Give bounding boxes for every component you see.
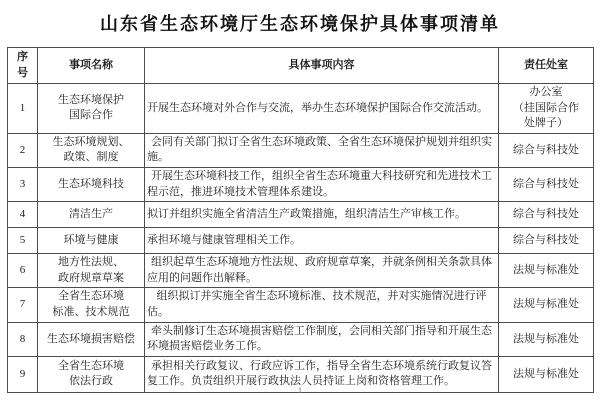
item-content-cell: 开展生态环境科技工作，组织全省生态环境重大科技研究和先进技术工程示范，推进环境技… <box>145 168 499 202</box>
responsible-office-cell: 办公室 （挂国际合作 处牌子） <box>499 84 594 134</box>
row-number-cell: 3 <box>8 168 38 202</box>
row-number-cell: 5 <box>8 228 38 254</box>
item-name-cell: 生态环境损害赔偿 <box>38 322 145 356</box>
row-number-cell: 2 <box>8 133 38 167</box>
item-content-cell: 承担环境与健康管理相关工作。 <box>145 228 499 254</box>
table-row: 3 生态环境科技 开展生态环境科技工作，组织全省生态环境重大科技研究和先进技术工… <box>8 168 594 202</box>
row-number-cell: 1 <box>8 84 38 134</box>
row-number-cell: 4 <box>8 202 38 228</box>
item-content-cell: 开展生态环境对外合作与交流，举办生态环境保护国际合作交流活动。 <box>145 84 499 134</box>
responsible-office-cell: 法规与标准处 <box>499 288 594 322</box>
page-number: 1 <box>0 386 600 395</box>
item-name-cell: 清洁生产 <box>38 202 145 228</box>
responsible-office-cell: 综合与科技处 <box>499 202 594 228</box>
item-name-cell: 环境与健康 <box>38 228 145 254</box>
row-number-cell: 8 <box>8 322 38 356</box>
matters-table: 序 号 事项名称 具体事项内容 责任处室 1 生态环境保护 国际合作 开展生态环… <box>7 47 594 393</box>
responsible-office-cell: 法规与标准处 <box>499 322 594 356</box>
table-header-row: 序 号 事项名称 具体事项内容 责任处室 <box>8 48 594 84</box>
table-row: 6 地方性法规、 政府规章草案 组织起草生态环境地方性法规、政府规章草案，并就条… <box>8 254 594 288</box>
item-content-cell: 组织起草生态环境地方性法规、政府规章草案，并就条例相关条款具体应用的问题作出解释… <box>145 254 499 288</box>
header-responsible-office: 责任处室 <box>499 48 594 84</box>
responsible-office-cell: 综合与科技处 <box>499 133 594 167</box>
responsible-office-cell: 法规与标准处 <box>499 254 594 288</box>
table-row: 4 清洁生产 拟订并组织实施全省清洁生产政策措施，组织清洁生产审核工作。 综合与… <box>8 202 594 228</box>
item-content-cell: 牵头制修订生态环境损害赔偿工作制度，会同相关部门指导和开展生态环境损害赔偿业务工… <box>145 322 499 356</box>
item-content-cell: 组织拟订并实施全省生态环境标准、技术规范，并对实施情况进行评估。 <box>145 288 499 322</box>
table-row: 8 生态环境损害赔偿 牵头制修订生态环境损害赔偿工作制度，会同相关部门指导和开展… <box>8 322 594 356</box>
item-name-cell: 生态环境规划、 政策、制度 <box>38 133 145 167</box>
item-name-cell: 全省生态环境 标准、技术规范 <box>38 288 145 322</box>
header-index: 序 号 <box>8 48 38 84</box>
row-number-cell: 6 <box>8 254 38 288</box>
header-item-name: 事项名称 <box>38 48 145 84</box>
table-row: 7 全省生态环境 标准、技术规范 组织拟订并实施全省生态环境标准、技术规范，并对… <box>8 288 594 322</box>
table-row: 2 生态环境规划、 政策、制度 会同有关部门拟订全省生态环境政策、全省生态环境保… <box>8 133 594 167</box>
item-content-cell: 拟订并组织实施全省清洁生产政策措施，组织清洁生产审核工作。 <box>145 202 499 228</box>
responsible-office-cell: 综合与科技处 <box>499 168 594 202</box>
row-number-cell: 7 <box>8 288 38 322</box>
header-item-content: 具体事项内容 <box>145 48 499 84</box>
responsible-office-cell: 综合与科技处 <box>499 228 594 254</box>
page-title: 山东省生态环境厅生态环境保护具体事项清单 <box>0 0 600 36</box>
item-name-cell: 生态环境科技 <box>38 168 145 202</box>
table-row: 1 生态环境保护 国际合作 开展生态环境对外合作与交流，举办生态环境保护国际合作… <box>8 84 594 134</box>
item-content-cell: 会同有关部门拟订全省生态环境政策、全省生态环境保护规划并组织实施。 <box>145 133 499 167</box>
item-name-cell: 地方性法规、 政府规章草案 <box>38 254 145 288</box>
item-name-cell: 生态环境保护 国际合作 <box>38 84 145 134</box>
table-row: 5 环境与健康 承担环境与健康管理相关工作。 综合与科技处 <box>8 228 594 254</box>
